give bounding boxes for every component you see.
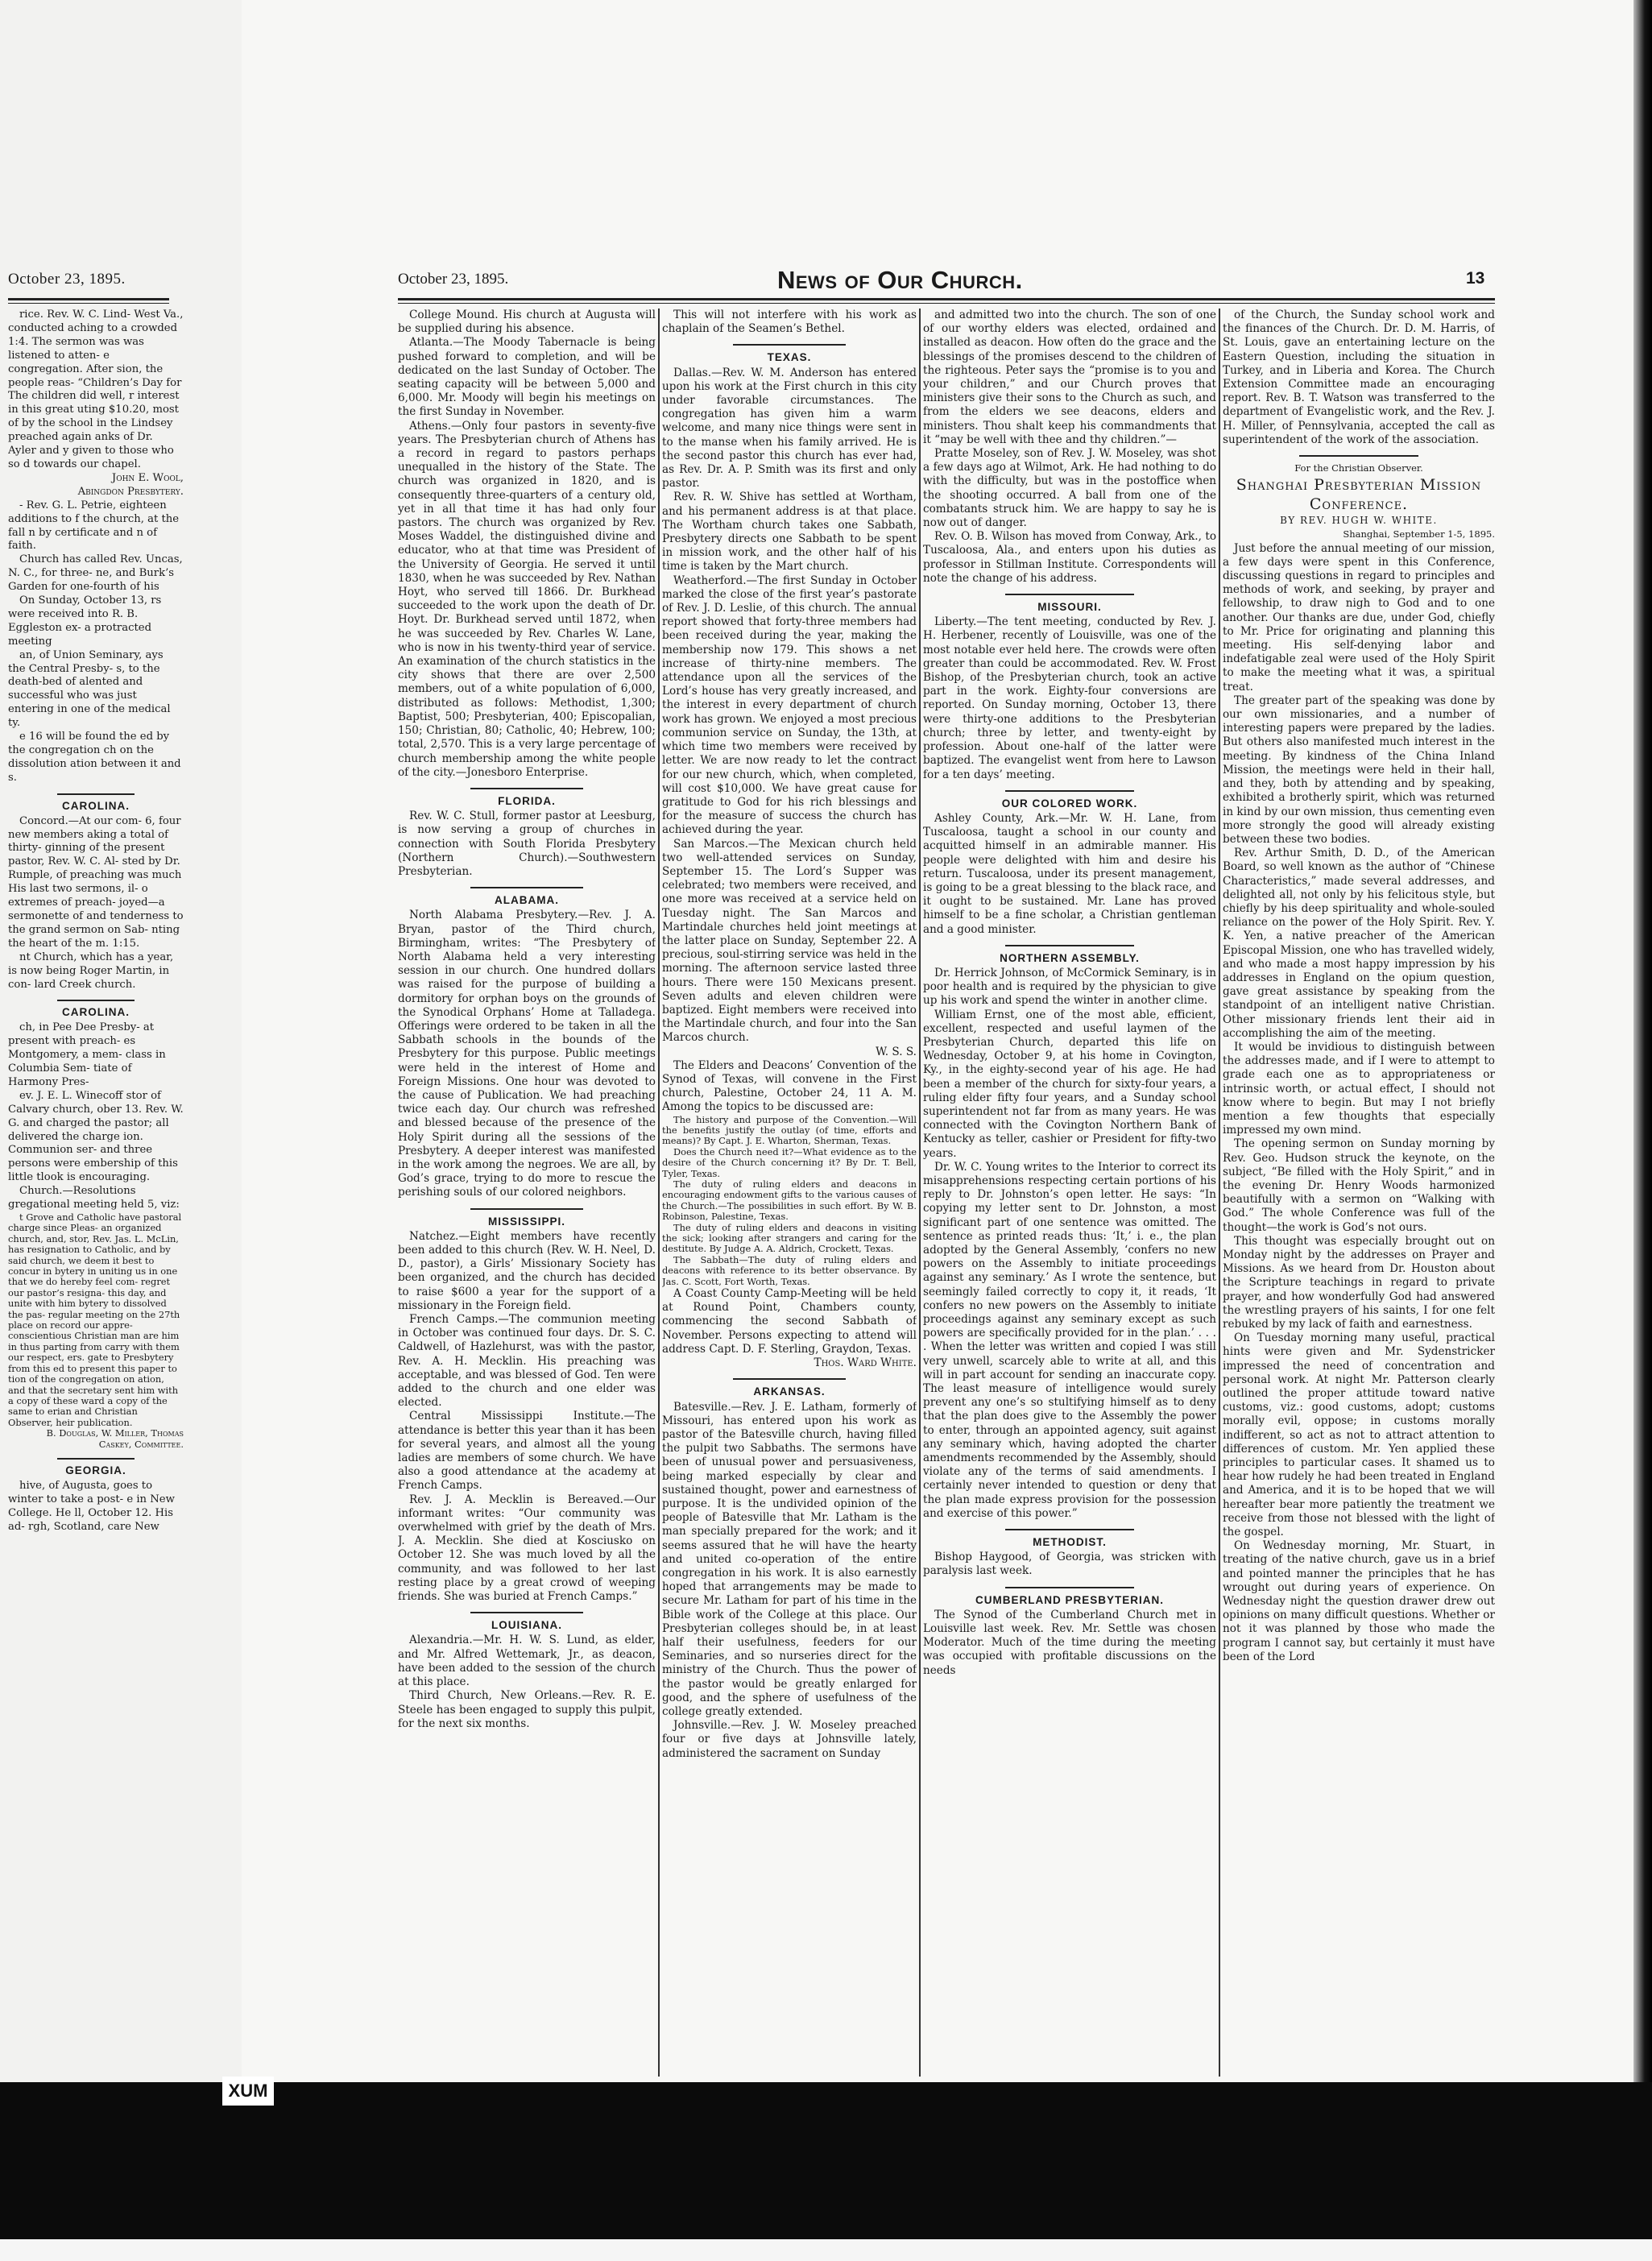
news-paragraph: On Wednesday morning, Mr. Stuart, in tre… [1223, 1539, 1495, 1664]
news-paragraph: College Mound. His church at Augusta wil… [398, 309, 656, 336]
news-paragraph: It would be invidious to distinguish bet… [1223, 1041, 1495, 1137]
header-rule [398, 298, 1495, 300]
news-paragraph: Dr. Herrick Johnson, of McCormick Semina… [923, 967, 1216, 1008]
news-paragraph: of the Church, the Sunday school work an… [1223, 309, 1495, 447]
fragment-paragraph: nt Church, which has a year, is now bein… [8, 951, 184, 992]
section-divider [1005, 945, 1134, 946]
left-header-rule [8, 298, 169, 300]
article-dateline: Shanghai, September 1-5, 1895. [1223, 528, 1495, 541]
page-number: 13 [1466, 269, 1484, 288]
news-paragraph: Natchez.—Eight members have recently bee… [398, 1230, 656, 1313]
page-date: October 23, 1895. [398, 271, 508, 288]
xum-label: XUM [222, 2077, 274, 2106]
section-divider [57, 1458, 135, 1460]
section-heading: CAROLINA. [8, 1006, 184, 1020]
article-source-note: For the Christian Observer. [1223, 462, 1495, 475]
news-paragraph: North Alabama Presbytery.—Rev. J. A. Bry… [398, 909, 656, 1199]
section-heading: ARKANSAS. [662, 1385, 917, 1398]
section-divider [733, 1378, 845, 1380]
section-divider [1005, 790, 1134, 792]
page-title: News of Our Church. [777, 266, 1023, 295]
news-paragraph: Athens.—Only four pastors in seventy-fiv… [398, 420, 656, 780]
section-divider [1299, 455, 1419, 457]
news-paragraph: Dallas.—Rev. W. M. Anderson has entered … [662, 366, 917, 491]
news-paragraph: Rev. W. C. Stull, former pastor at Leesb… [398, 810, 656, 879]
fragment-paragraph: - Rev. G. L. Petrie, eighteen additions … [8, 499, 184, 554]
section-divider [57, 1000, 135, 1001]
scan-border [0, 2082, 1652, 2239]
fragment-paragraph: John E. Wool, [8, 472, 184, 486]
section-heading: NORTHERN ASSEMBLY. [923, 951, 1216, 965]
fragment-paragraph: Abingdon Presbytery. [8, 486, 184, 499]
news-paragraph: On Tuesday morning many useful, practica… [1223, 1331, 1495, 1539]
news-paragraph: William Ernst, one of the most able, eff… [923, 1008, 1216, 1161]
section-heading: OUR COLORED WORK. [923, 797, 1216, 810]
section-heading: METHODIST. [923, 1535, 1216, 1549]
news-paragraph: Dr. W. C. Young writes to the Interior t… [923, 1161, 1216, 1521]
section-divider [470, 887, 584, 888]
news-paragraph: Third Church, New Orleans.—Rev. R. E. St… [398, 1689, 656, 1731]
fragment-paragraph: Concord.—At our com- 6, four new members… [8, 815, 184, 951]
left-header-rule-thin [8, 303, 169, 304]
news-paragraph: Johnsville.—Rev. J. W. Moseley preached … [662, 1719, 917, 1761]
section-divider [733, 344, 845, 346]
fragment-paragraph: Church has called Rev. Uncas, N. C., for… [8, 553, 184, 594]
left-page-date: October 23, 1895. [8, 271, 126, 288]
section-divider [1005, 1529, 1134, 1530]
signature: W. S. S. [662, 1046, 917, 1059]
fragment-paragraph: Church.—Resolutions gregational meeting … [8, 1185, 184, 1212]
news-paragraph: French Camps.—The communion meeting in O… [398, 1313, 656, 1410]
fragment-paragraph: ev. J. E. L. Winecoff stor of Calvary ch… [8, 1090, 184, 1185]
article-byline: BY REV. HUGH W. WHITE. [1223, 514, 1495, 528]
committee-signature: B. Douglas, W. Miller, Thomas Caskey, Co… [8, 1428, 184, 1450]
header-rule-thin [398, 303, 1495, 304]
news-paragraph: Liberty.—The tent meeting, conducted by … [923, 615, 1216, 781]
fragment-paragraph: ch, in Pee Dee Presby- at present with p… [8, 1021, 184, 1090]
section-heading: GEORGIA. [8, 1464, 184, 1478]
news-paragraph: Rev. O. B. Wilson has moved from Conway,… [923, 530, 1216, 586]
topic-item: The Sabbath—The duty of ruling elders an… [662, 1255, 917, 1287]
news-paragraph: and admitted two into the church. The so… [923, 309, 1216, 447]
article-title: Shanghai Presbyterian Mission Conference… [1223, 475, 1495, 514]
column-divider [658, 309, 660, 2077]
news-paragraph: Central Mississippi Institute.—The atten… [398, 1410, 656, 1493]
resolutions-text: t Grove and Catholic have pastoral charg… [8, 1212, 184, 1428]
section-heading: LOUISIANA. [398, 1618, 656, 1632]
section-heading: MISSISSIPPI. [398, 1215, 656, 1228]
fragment-paragraph: On Sunday, October 13, rs were received … [8, 594, 184, 649]
section-divider [470, 1208, 584, 1210]
column-1: College Mound. His church at Augusta wil… [398, 309, 656, 1823]
news-paragraph: This will not interfere with his work as… [662, 309, 917, 336]
fragment-paragraph: e 16 will be found the ed by the congreg… [8, 731, 184, 785]
news-paragraph: This thought was especially brought out … [1223, 1235, 1495, 1331]
section-heading: CAROLINA. [8, 800, 184, 814]
column-2: This will not interfere with his work as… [662, 309, 917, 2077]
news-paragraph: The Synod of the Cumberland Church met i… [923, 1609, 1216, 1678]
section-heading: ALABAMA. [398, 893, 656, 907]
news-paragraph: Bishop Haygood, of Georgia, was stricken… [923, 1551, 1216, 1578]
news-paragraph: Rev. R. W. Shive has settled at Wortham,… [662, 491, 917, 574]
topic-item: The duty of ruling elders and deacons in… [662, 1223, 917, 1255]
topic-item: The history and purpose of the Conventio… [662, 1115, 917, 1147]
scan-edge [1633, 0, 1652, 2090]
topic-item: Does the Church need it?—What evidence a… [662, 1147, 917, 1179]
scan-margin [0, 2239, 1652, 2261]
section-divider [470, 788, 584, 789]
news-paragraph: A Coast County Camp-Meeting will be held… [662, 1287, 917, 1356]
news-paragraph: Pratte Moseley, son of Rev. J. W. Mosele… [923, 447, 1216, 530]
section-divider [1005, 594, 1134, 595]
left-fragment-column: rice. Rev. W. C. Lind- West Va., conduct… [8, 309, 184, 2073]
news-paragraph: Alexandria.—Mr. H. W. S. Lund, as elder,… [398, 1634, 656, 1689]
news-paragraph: Rev. Arthur Smith, D. D., of the America… [1223, 847, 1495, 1041]
column-4: of the Church, the Sunday school work an… [1223, 309, 1495, 2077]
column-divider [919, 309, 921, 2077]
news-paragraph: Just before the annual meeting of our mi… [1223, 542, 1495, 694]
news-paragraph: Ashley County, Ark.—Mr. W. H. Lane, from… [923, 812, 1216, 937]
column-3: and admitted two into the church. The so… [923, 309, 1216, 2077]
section-divider [470, 1612, 584, 1613]
section-heading: CUMBERLAND PRESBYTERIAN. [923, 1593, 1216, 1607]
fragment-paragraph: an, of Union Seminary, ays the Central P… [8, 649, 184, 731]
fragment-paragraph: rice. Rev. W. C. Lind- West Va., conduct… [8, 309, 184, 472]
news-paragraph: The Elders and Deacons’ Convention of th… [662, 1059, 917, 1115]
news-paragraph: Batesville.—Rev. J. E. Latham, formerly … [662, 1401, 917, 1720]
topic-item: The duty of ruling elders and deacons in… [662, 1179, 917, 1223]
signature: Thos. Ward White. [662, 1356, 917, 1370]
section-divider [1005, 1587, 1134, 1588]
news-paragraph: Weatherford.—The first Sunday in October… [662, 574, 917, 838]
news-paragraph: The opening sermon on Sunday morning by … [1223, 1137, 1495, 1234]
section-heading: MISSOURI. [923, 600, 1216, 614]
section-heading: FLORIDA. [398, 794, 656, 808]
fragment-paragraph: hive, of Augusta, goes to winter to take… [8, 1480, 184, 1534]
section-divider [57, 793, 135, 795]
news-paragraph: Rev. J. A. Mecklin is Bereaved.—Our info… [398, 1493, 656, 1605]
news-paragraph: The greater part of the speaking was don… [1223, 694, 1495, 847]
news-paragraph: San Marcos.—The Mexican church held two … [662, 838, 917, 1046]
news-paragraph: Atlanta.—The Moody Tabernacle is being p… [398, 336, 656, 419]
section-heading: TEXAS. [662, 350, 917, 364]
column-divider [1219, 309, 1220, 2077]
